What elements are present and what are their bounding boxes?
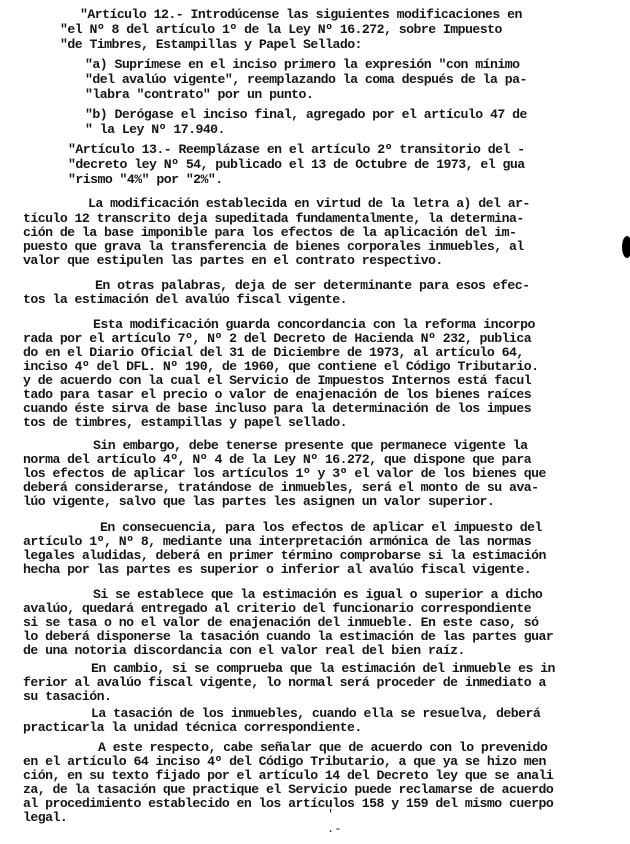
paragraph-3-line-2: rada por el artículo 7º, Nº 2 del Decret…	[23, 332, 531, 346]
paragraph-1-line-5: valor que estipulen las partes en el con…	[23, 254, 443, 268]
paragraph-7-line-1: En cambio, si se comprueba que la estima…	[91, 662, 555, 676]
paragraph-5-line-1: En consecuencia, para los efectos de apl…	[100, 521, 542, 535]
paragraph-3-line-1: Esta modificación guarda concordancia co…	[93, 318, 535, 332]
paragraph-3-line-8: tos de timbres, estampillas y papel sell…	[23, 416, 347, 430]
scanned-document-page: "Artículo 12.- Introdúcense las siguient…	[0, 0, 630, 844]
paragraph-9-line-4: za, de la tasación que practique el Serv…	[23, 783, 553, 797]
paragraph-5-line-2: artículo 1º, Nº 8, mediante una interpre…	[23, 535, 531, 549]
article-12-item-a-line-1: "a) Suprímese en el inciso primero la ex…	[85, 58, 519, 72]
paragraph-3-line-7: cuando éste sirva de base incluso para l…	[23, 402, 531, 416]
article-12-line-1: "Artículo 12.- Introdúcense las siguient…	[80, 8, 522, 22]
article-12-item-b-line-2: " la Ley Nº 17.940.	[85, 123, 225, 137]
paragraph-2-line-2: tos la estimación del avalúo fiscal vige…	[23, 293, 347, 307]
paragraph-9-line-3: ción, en su texto fijado por el artículo…	[23, 769, 553, 783]
paragraph-6-line-4: lo deberá disponerse la tasación cuando …	[23, 630, 553, 644]
paragraph-4-line-3: los efectos de aplicar los artículos 1º …	[23, 467, 546, 481]
paragraph-7-line-3: su tasación.	[23, 690, 111, 704]
paragraph-4-line-2: norma del artículo 4º, Nº 4 de la Ley Nº…	[23, 453, 531, 467]
paragraph-1-line-4: puesto que grava la transferencia de bie…	[23, 240, 524, 254]
paragraph-5-line-3: legales aludidas, deberá en primer térmi…	[23, 549, 546, 563]
paragraph-4-line-1: Sin embargo, debe tenerse presente que p…	[93, 439, 527, 453]
paragraph-6-line-3: si se tasa o no el valor de enajenación …	[23, 616, 538, 630]
article-12-line-2: "el Nº 8 del artículo 1º de la Ley Nº 16…	[60, 23, 502, 37]
punch-hole-mark	[622, 236, 630, 258]
paragraph-4-line-5: lúo vigente, salvo que las partes les as…	[23, 495, 494, 509]
paragraph-4-line-4: deberá considerarse, tratándose de inmue…	[23, 481, 538, 495]
paragraph-6-line-2: avalúo, quedará entregado al criterio de…	[23, 602, 531, 616]
article-13-line-3: "rismo "4%" por "2%".	[68, 173, 223, 187]
paragraph-1-line-3: ción de la base imponible para los efect…	[23, 226, 516, 240]
paragraph-9-line-2: en el artículo 64 inciso 4º del Código T…	[23, 755, 546, 769]
article-13-line-1: "Artículo 13.- Reemplázase en el artícul…	[68, 143, 525, 157]
page-mark-1: '	[327, 808, 334, 822]
page-mark-2: .-	[327, 822, 341, 836]
paragraph-9-line-1: A este respecto, cabe señalar que de acu…	[98, 741, 547, 755]
paragraph-2-line-1: En otras palabras, deja de ser determina…	[95, 279, 529, 293]
paragraph-5-line-4: hecha por las partes es superior o infer…	[23, 563, 531, 577]
article-13-line-2: "decreto ley Nº 54, publicado el 13 de O…	[68, 158, 525, 172]
paragraph-1-line-1: La modificación establecida en virtud de…	[88, 197, 530, 211]
article-12-line-3: "de Timbres, Estampillas y Papel Sellado…	[60, 38, 362, 52]
paragraph-8-line-2: practicarla la unidad técnica correspond…	[23, 721, 362, 735]
paragraph-8-line-1: La tasación de los inmuebles, cuando ell…	[91, 707, 540, 721]
paragraph-9-line-6: legal.	[23, 811, 67, 825]
paragraph-3-line-3: do en el Diario Oficial del 31 de Diciem…	[23, 346, 524, 360]
paragraph-3-line-4: inciso 4º del DFL. Nº 190, de 1960, que …	[23, 360, 538, 374]
paragraph-6-line-5: de una notoria discordancia con el valor…	[23, 644, 465, 658]
paragraph-7-line-2: ferior al avalúo fiscal vigente, lo norm…	[23, 676, 546, 690]
paragraph-9-line-5: al procedimiento establecido en los artí…	[23, 797, 553, 811]
paragraph-6-line-1: Si se establece que la estimación es igu…	[93, 588, 542, 602]
article-12-item-b-line-1: "b) Derógase el inciso final, agregado p…	[85, 108, 527, 122]
article-12-item-a-line-3: "labra "contrato" por un punto.	[85, 88, 313, 102]
paragraph-3-line-5: y de acuerdo con la cual el Servicio de …	[23, 374, 531, 388]
article-12-item-a-line-2: "del avalúo vigente", reemplazando la co…	[85, 73, 527, 87]
paragraph-3-line-6: tado para tasar el precio o valor de ena…	[23, 388, 531, 402]
paragraph-1-line-2: tículo 12 transcrito deja supeditada fun…	[23, 212, 524, 226]
